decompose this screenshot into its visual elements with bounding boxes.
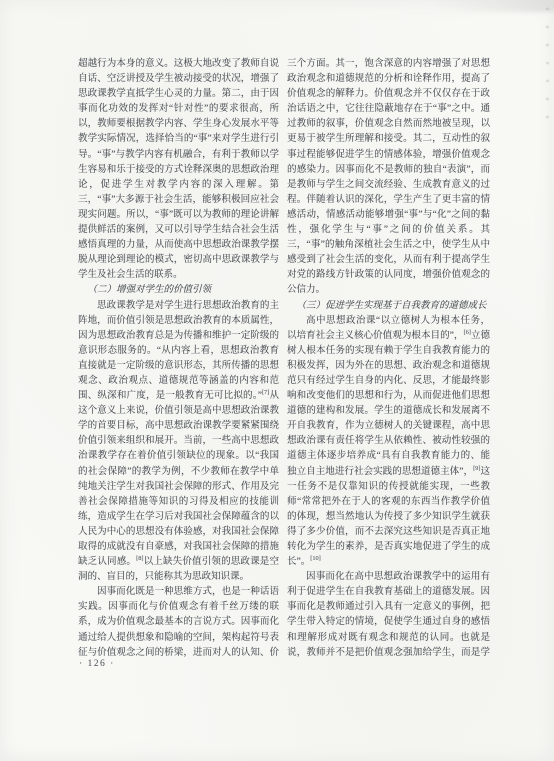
paragraph: 三个方面。其一，饱含深意的内容增强了对思想政治观念和道德规范的分析和诠释作用，提… — [287, 57, 490, 299]
section-heading: （三）促进学生实现基于自我教育的道德成长 — [287, 299, 490, 314]
page-number: · 126 · — [79, 659, 115, 669]
paragraph: 因事而化既是一种思维方式，也是一种话语实践。因事而化与价值观念有着千丝万缕的联系… — [78, 585, 279, 661]
citation-superscript: [6] — [464, 329, 471, 336]
paragraph: 高中思想政治课“以立德树人为根本任务，以培育社会主义核心价值观为根本目的”，[6… — [287, 314, 490, 571]
citation-superscript: [9] — [473, 464, 480, 471]
scan-smudge-top-right — [410, 0, 554, 12]
scanned-document-page: 超越行为本身的意义。这极大地改变了教师自说自话、空泛讲授及学生被动接受的状况，增… — [0, 0, 554, 761]
scan-edge-artifacts — [546, 8, 549, 128]
section-heading: （二）增强对学生的价值引领 — [78, 283, 279, 298]
citation-superscript: [7] — [262, 389, 269, 396]
citation-superscript: [8] — [136, 555, 143, 562]
text-column-right: 三个方面。其一，饱含深意的内容增强了对思想政治观念和道德规范的分析和诠释作用，提… — [287, 57, 490, 661]
paragraph: 思政课教学是对学生进行思想政治教育的主阵地，而价值引领是思想政治教育的本质属性，… — [78, 299, 279, 586]
text-column-left: 超越行为本身的意义。这极大地改变了教师自说自话、空泛讲授及学生被动接受的状况，增… — [78, 57, 279, 661]
paragraph: 超越行为本身的意义。这极大地改变了教师自说自话、空泛讲授及学生被动接受的状况，增… — [78, 57, 279, 283]
citation-superscript: [10] — [310, 555, 321, 562]
paragraph: 因事而化在高中思想政治课教学中的运用有利于促进学生在自我教育基础上的道德发展。因… — [287, 570, 490, 661]
